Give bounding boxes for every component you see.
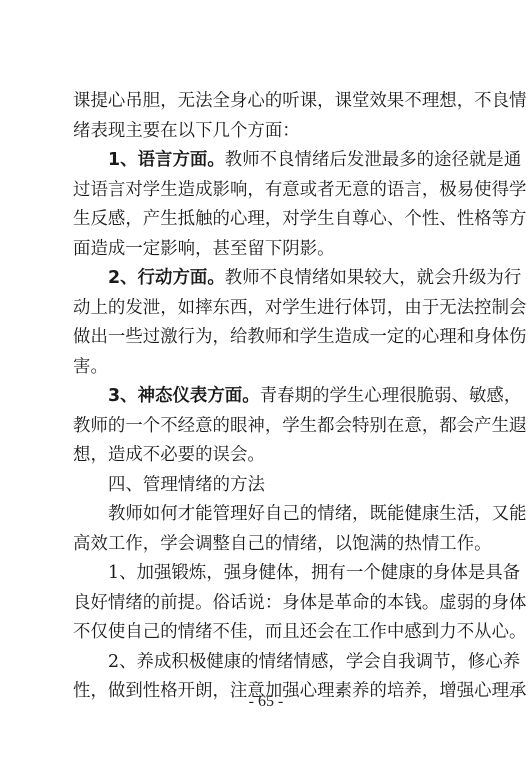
text-line: 高效工作，学会调整自己的情绪，以饱满的热情工作。 xyxy=(73,530,459,560)
text-line: 生反感，产生抵触的心理，对学生自尊心、个性、性格等方 xyxy=(73,205,459,235)
text-line: 教师的一个不经意的眼神，学生都会特别在意，都会产生遐 xyxy=(73,412,459,442)
text-line: 教师如何才能管理好自己的情绪，既能健康生活，又能 xyxy=(73,500,459,530)
document-page: 课提心吊胆，无法全身心的听课，课堂效果不理想，不良情 绪表现主要在以下几个方面：… xyxy=(73,87,459,707)
text-line: 课提心吊胆，无法全身心的听课，课堂效果不理想，不良情 xyxy=(73,87,459,117)
text-line: 3、神态仪表方面。青春期的学生心理很脆弱、敏感， xyxy=(73,382,459,412)
section-lead-action: 2、行动方面。 xyxy=(108,268,225,288)
text-line: 良好情绪的前提。俗话说：身体是革命的本钱。虚弱的身体 xyxy=(73,589,459,619)
text-line: 害。 xyxy=(73,353,459,383)
text-line: 2、养成积极健康的情绪情感，学会自我调节，修心养 xyxy=(73,648,459,678)
text-span: 教师不良情绪如果较大，就会升级为行 xyxy=(225,268,522,288)
section-lead-language: 1、语言方面。 xyxy=(108,150,225,170)
text-line: 不仅使自己的情绪不佳，而且还会在工作中感到力不从心。 xyxy=(73,618,459,648)
text-line: 绪表现主要在以下几个方面： xyxy=(73,117,459,147)
text-span: 青春期的学生心理很脆弱、敏感， xyxy=(260,386,522,406)
text-line: 面造成一定影响，甚至留下阴影。 xyxy=(73,235,459,265)
text-line: 过语言对学生造成影响，有意或者无意的语言，极易使得学 xyxy=(73,176,459,206)
section-lead-demeanor: 3、神态仪表方面。 xyxy=(108,386,260,406)
text-span: 教师不良情绪后发泄最多的途径就是通 xyxy=(225,150,522,170)
text-line: 2、行动方面。教师不良情绪如果较大，就会升级为行 xyxy=(73,264,459,294)
text-line: 想，造成不必要的误会。 xyxy=(73,441,459,471)
text-line: 1、加强锻炼，强身健体，拥有一个健康的身体是具备 xyxy=(73,559,459,589)
text-line: 做出一些过激行为，给教师和学生造成一定的心理和身体伤 xyxy=(73,323,459,353)
section-heading: 四、管理情绪的方法 xyxy=(73,471,459,501)
text-line: 动上的发泄，如摔东西，对学生进行体罚，由于无法控制会 xyxy=(73,294,459,324)
text-line: 1、语言方面。教师不良情绪后发泄最多的途径就是通 xyxy=(73,146,459,176)
page-number: - 65 - xyxy=(0,693,532,711)
